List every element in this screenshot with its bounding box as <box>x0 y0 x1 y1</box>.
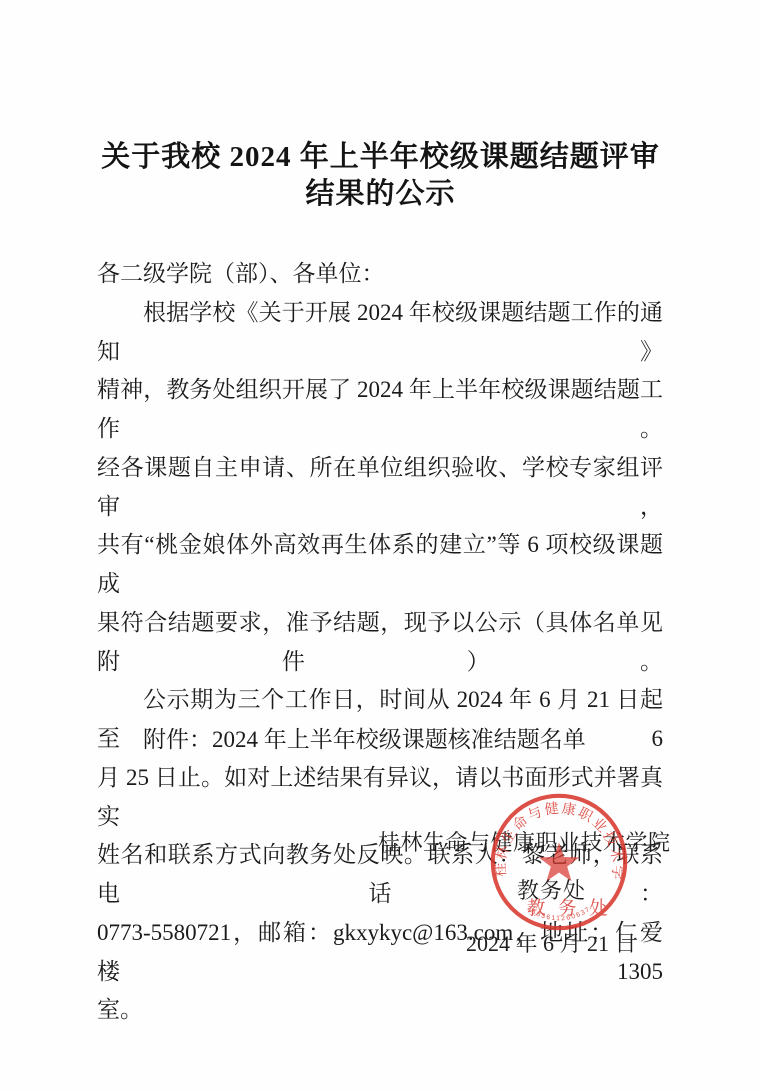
body-line: 共有“桃金娘体外高效再生体系的建立”等 6 项校级课题成 <box>97 526 663 604</box>
seal-star-icon <box>539 843 580 882</box>
document-page: 关于我校 2024 年上半年校级课题结题评审 结果的公示 各二级学院（部）、各单… <box>0 0 761 1091</box>
body-line: 果符合结题要求，准予结题，现予以公示（具体名单见附件）。 <box>97 604 663 682</box>
attachment-line: 附件：2024 年上半年校级课题核准结题名单 <box>97 721 663 759</box>
salutation-line: 各二级学院（部）、各单位： <box>97 255 663 294</box>
document-title-line1: 关于我校 2024 年上半年校级课题结题评审 <box>0 139 761 176</box>
document-title-line2: 结果的公示 <box>0 176 761 213</box>
document-title: 关于我校 2024 年上半年校级课题结题评审 结果的公示 <box>0 139 761 213</box>
body-line: 根据学校《关于开展 2024 年校级课题结题工作的通知》 <box>97 294 663 372</box>
body-line: 精神，教务处组织开展了 2024 年上半年校级课题结题工作。 <box>97 371 663 449</box>
official-seal: 桂林生命与健康职业技术学院 教务处 4583611260637 <box>486 789 632 935</box>
body-line: 经各课题自主申请、所在单位组织验收、学校专家组评审， <box>97 449 663 527</box>
body-line: 室。 <box>97 991 663 1030</box>
